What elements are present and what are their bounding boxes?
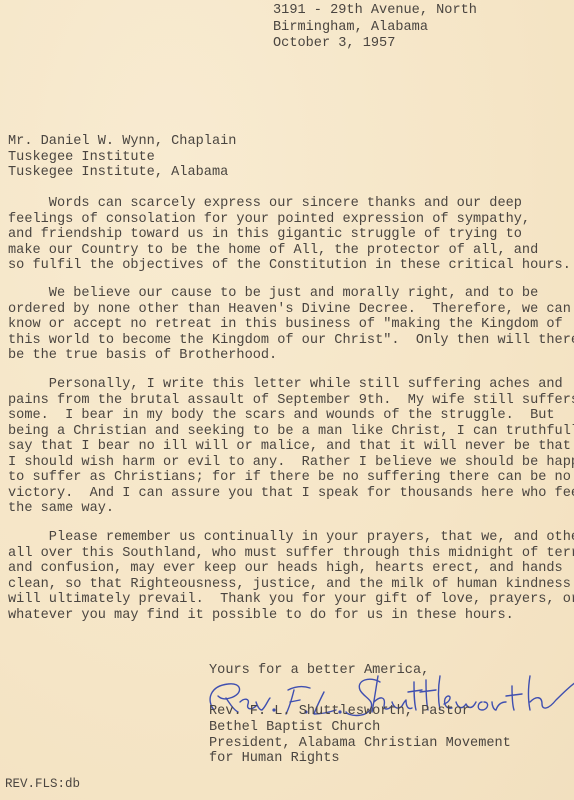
paragraph-line: clean, so that Righteousness, justice, a…: [8, 577, 574, 593]
paragraph-line: and confusion, may ever keep our heads h…: [8, 561, 574, 577]
letter-date: October 3, 1957: [273, 36, 477, 53]
paragraph-line: and friendship toward us in this giganti…: [8, 227, 571, 243]
paragraph-line: pains from the brutal assault of Septemb…: [8, 393, 574, 409]
paragraph-line: Personally, I write this letter while st…: [8, 377, 574, 393]
signer-title-continued: for Human Rights: [209, 751, 511, 767]
paragraph-line: We believe our cause to be just and mora…: [8, 286, 574, 302]
body-paragraph-1: Words can scarcely express our sincere t…: [8, 196, 571, 274]
sender-city: Birmingham, Alabama: [273, 20, 477, 37]
paragraph-line: I should wish harm or evil to any. Rathe…: [8, 455, 574, 471]
signer-block: Rev. F. L. Shuttlesworth, PastorBethel B…: [209, 704, 511, 767]
sender-address: 3191 - 29th Avenue, NorthBirmingham, Ala…: [273, 3, 477, 53]
body-paragraph-2: We believe our cause to be just and mora…: [8, 286, 574, 364]
paragraph-line: know or accept no retreat in this busine…: [8, 317, 574, 333]
paragraph-line: feelings of consolation for your pointed…: [8, 212, 571, 228]
paragraph-line: this world to become the Kingdom of our …: [8, 333, 574, 349]
paragraph-line: be the true basis of Brotherhood.: [8, 348, 574, 364]
signer-church: Bethel Baptist Church: [209, 720, 511, 736]
paragraph-line: victory. And I can assure you that I spe…: [8, 486, 574, 502]
paragraph-line: say that I bear no ill will or malice, a…: [8, 439, 574, 455]
paragraph-line: ordered by none other than Heaven's Divi…: [8, 302, 574, 318]
recipient-name: Mr. Daniel W. Wynn, Chaplain: [8, 134, 236, 150]
paragraph-line: will ultimately prevail. Thank you for y…: [8, 592, 574, 608]
reference-initials: REV.FLS:db: [5, 776, 80, 792]
body-paragraph-4: Please remember us continually in your p…: [8, 530, 574, 623]
paragraph-line: being a Christian and seeking to be a ma…: [8, 424, 574, 440]
paragraph-line: all over this Southland, who must suffer…: [8, 546, 574, 562]
paragraph-line: so fulfil the objectives of the Constitu…: [8, 258, 571, 274]
recipient-org: Tuskegee Institute: [8, 150, 236, 166]
signer-title: President, Alabama Christian Movement: [209, 736, 511, 752]
body-paragraph-3: Personally, I write this letter while st…: [8, 377, 574, 517]
paragraph-line: Please remember us continually in your p…: [8, 530, 574, 546]
recipient-address: Mr. Daniel W. Wynn, ChaplainTuskegee Ins…: [8, 134, 236, 181]
signer-name: Rev. F. L. Shuttlesworth, Pastor: [209, 704, 511, 720]
paragraph-line: Words can scarcely express our sincere t…: [8, 196, 571, 212]
recipient-city: Tuskegee Institute, Alabama: [8, 165, 236, 181]
paragraph-line: whatever you may find it possible to do …: [8, 608, 574, 624]
paragraph-line: the same way.: [8, 501, 574, 517]
paragraph-line: make our Country to be the home of All, …: [8, 243, 571, 259]
paragraph-line: to suffer as Christians; for if there be…: [8, 470, 574, 486]
sender-street: 3191 - 29th Avenue, North: [273, 3, 477, 20]
paragraph-line: some. I bear in my body the scars and wo…: [8, 408, 574, 424]
